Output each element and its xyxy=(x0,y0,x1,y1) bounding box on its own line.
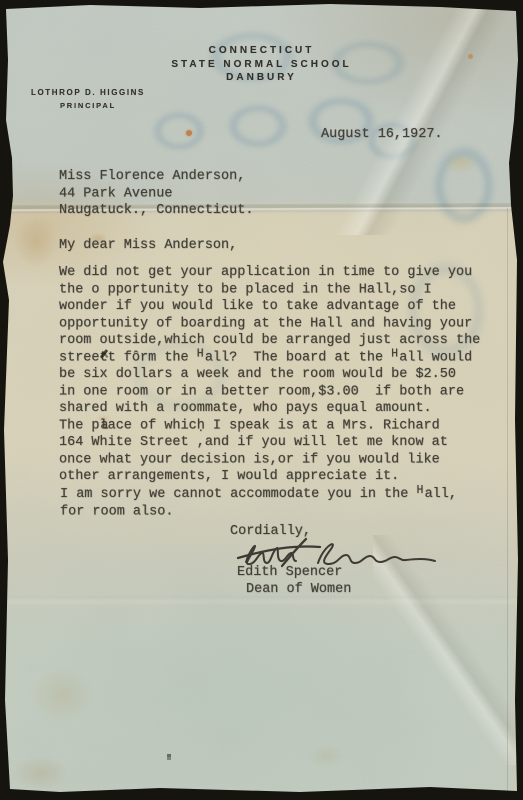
letterhead-principal: LOTHROP D. HIGGINS PRINCIPAL xyxy=(28,88,148,110)
paper-wrinkle xyxy=(373,535,523,765)
letter-line: the o pportunity to be placed in the Hal… xyxy=(59,281,480,298)
valediction: Cordially, xyxy=(230,523,311,540)
body-paragraph-1: We did not get your application in time … xyxy=(59,264,480,485)
paper-stain xyxy=(12,756,68,790)
paper-edge-shading xyxy=(507,208,523,800)
letter-paper: CONNECTICUT STATE NORMAL SCHOOL DANBURY … xyxy=(0,0,523,800)
letter-line: shared with a roommate, who pays equal a… xyxy=(59,400,480,417)
letter-line: The plaace of whicḥ I speak is at a Mrs.… xyxy=(59,417,480,434)
letterhead-school: CONNECTICUT STATE NORMAL SCHOOL DANBURY xyxy=(0,44,523,85)
principal-name: LOTHROP D. HIGGINS xyxy=(28,88,148,97)
signature-typed-name: Edith Spencer xyxy=(237,564,342,581)
paper-stain xyxy=(186,130,192,136)
letter-line: wonder if you would like to take advanta… xyxy=(59,298,480,315)
letter-line: in one room or in a better room,$3.00 if… xyxy=(59,383,480,400)
letter-line: room outside,which could be arranged jus… xyxy=(59,332,480,349)
letter-date: August 16,1927. xyxy=(321,126,443,143)
letter-line: streett fôrm the Hall? The board at the … xyxy=(59,349,480,366)
principal-title: PRINCIPAL xyxy=(28,101,148,110)
recipient-city: Naugatuck., Connecticut. xyxy=(59,202,253,219)
signature-typed-title: Dean of Women xyxy=(246,581,351,598)
letterhead-school-line3: DANBURY xyxy=(0,71,523,85)
letter-line: for room also. xyxy=(60,503,457,520)
letter-line: 164 White Street ,and if you will let me… xyxy=(59,434,480,451)
letter-line: opportunity of boarding at the Hall and … xyxy=(59,315,480,332)
paper-stain xyxy=(14,216,58,268)
paper-stain xyxy=(444,152,478,174)
salutation: My dear Miss Anderson, xyxy=(59,237,237,254)
recipient-address: Miss Florence Anderson, 44 Park Avenue N… xyxy=(59,168,253,219)
letterhead-school-line1: CONNECTICUT xyxy=(0,44,523,58)
paper-stain xyxy=(30,668,94,722)
letter-line: We did not get your application in time … xyxy=(59,264,480,281)
letter-line: I am sorry we cannot accommodate you in … xyxy=(60,486,457,503)
paper-speck xyxy=(167,754,171,757)
show-through-mark xyxy=(222,100,294,152)
recipient-name: Miss Florence Anderson, xyxy=(59,168,253,185)
letter-line: be six dollars a week and the room would… xyxy=(59,366,480,383)
show-through-mark xyxy=(148,108,210,154)
paper-wrinkle xyxy=(333,0,523,235)
body-paragraph-2: I am sorry we cannot accommodate you in … xyxy=(60,486,457,520)
letter-line: once what your decision is,or if you wou… xyxy=(59,451,480,468)
paper-stain xyxy=(306,744,346,768)
scanned-letter: CONNECTICUT STATE NORMAL SCHOOL DANBURY … xyxy=(0,0,523,800)
recipient-street: 44 Park Avenue xyxy=(59,185,253,202)
letterhead-school-line2: STATE NORMAL SCHOOL xyxy=(0,58,523,72)
